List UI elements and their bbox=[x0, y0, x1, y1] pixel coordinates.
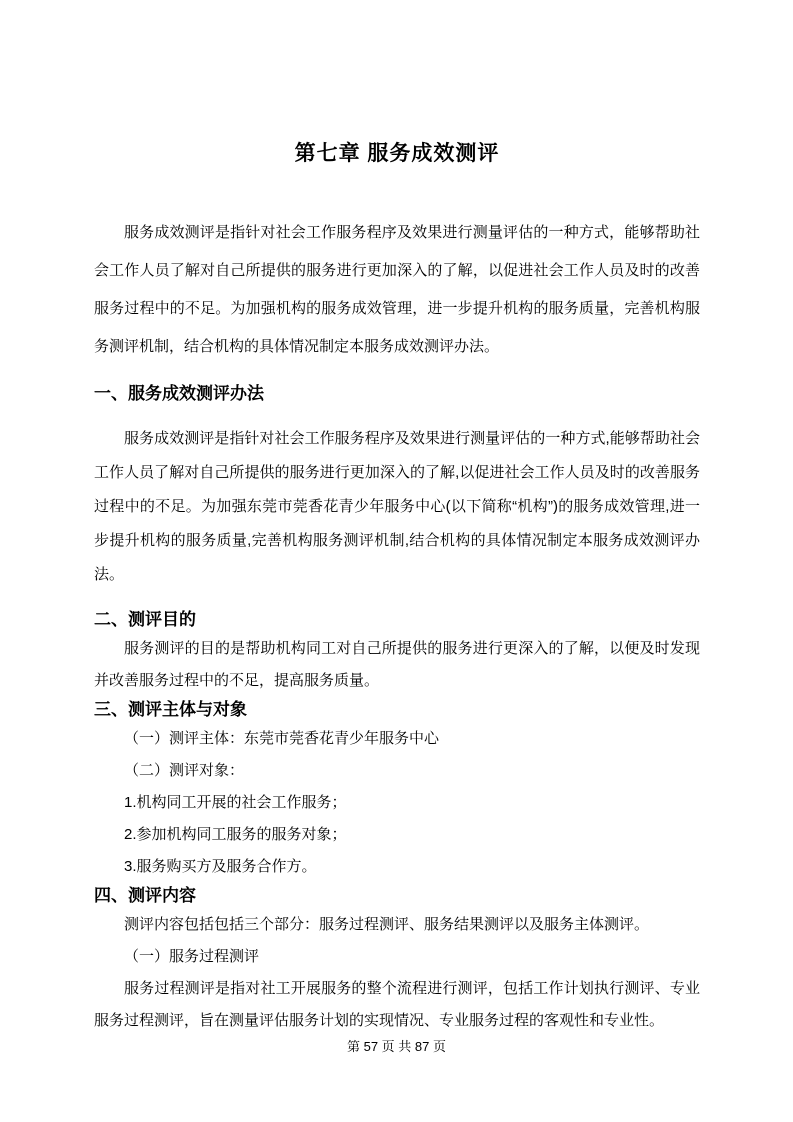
section-4-paragraph-2: 服务过程测评是指对社工开展服务的整个流程进行测评，包括工作计划执行测评、专业服务… bbox=[94, 973, 700, 1037]
list-item-evaluation-target: （二）测评对象： bbox=[94, 755, 700, 787]
section-heading-4: 四、测评内容 bbox=[94, 883, 700, 909]
section-2-paragraph: 服务测评的目的是帮助机构同工对自己所提供的服务进行更深入的了解，以便及时发现并改… bbox=[94, 633, 700, 697]
section-4-subheading: （一）服务过程测评 bbox=[94, 941, 700, 973]
section-1-paragraph: 服务成效测评是指针对社会工作服务程序及效果进行测量评估的一种方式,能够帮助社会工… bbox=[94, 422, 700, 592]
section-heading-1: 一、服务成效测评办法 bbox=[94, 381, 700, 407]
list-item-target-3: 3.服务购买方及服务合作方。 bbox=[94, 851, 700, 883]
list-item-target-2: 2.参加机构同工服务的服务对象； bbox=[94, 819, 700, 851]
section-4-paragraph-1: 测评内容包括包括三个部分：服务过程测评、服务结果测评以及服务主体测评。 bbox=[94, 909, 700, 941]
intro-paragraph: 服务成效测评是指针对社会工作服务程序及效果进行测量评估的一种方式，能够帮助社会工… bbox=[94, 214, 700, 366]
section-heading-3: 三、测评主体与对象 bbox=[94, 697, 700, 723]
page-number-footer: 第 57 页 共 87 页 bbox=[0, 1036, 793, 1055]
list-item-evaluation-subject: （一）测评主体：东莞市莞香花青少年服务中心 bbox=[94, 723, 700, 755]
section-heading-2: 二、测评目的 bbox=[94, 607, 700, 633]
list-item-target-1: 1.机构同工开展的社会工作服务； bbox=[94, 787, 700, 819]
document-content: 第七章 服务成效测评 服务成效测评是指针对社会工作服务程序及效果进行测量评估的一… bbox=[94, 0, 700, 1037]
document-page: 第七章 服务成效测评 服务成效测评是指针对社会工作服务程序及效果进行测量评估的一… bbox=[0, 0, 793, 1122]
chapter-title: 第七章 服务成效测评 bbox=[94, 140, 700, 168]
